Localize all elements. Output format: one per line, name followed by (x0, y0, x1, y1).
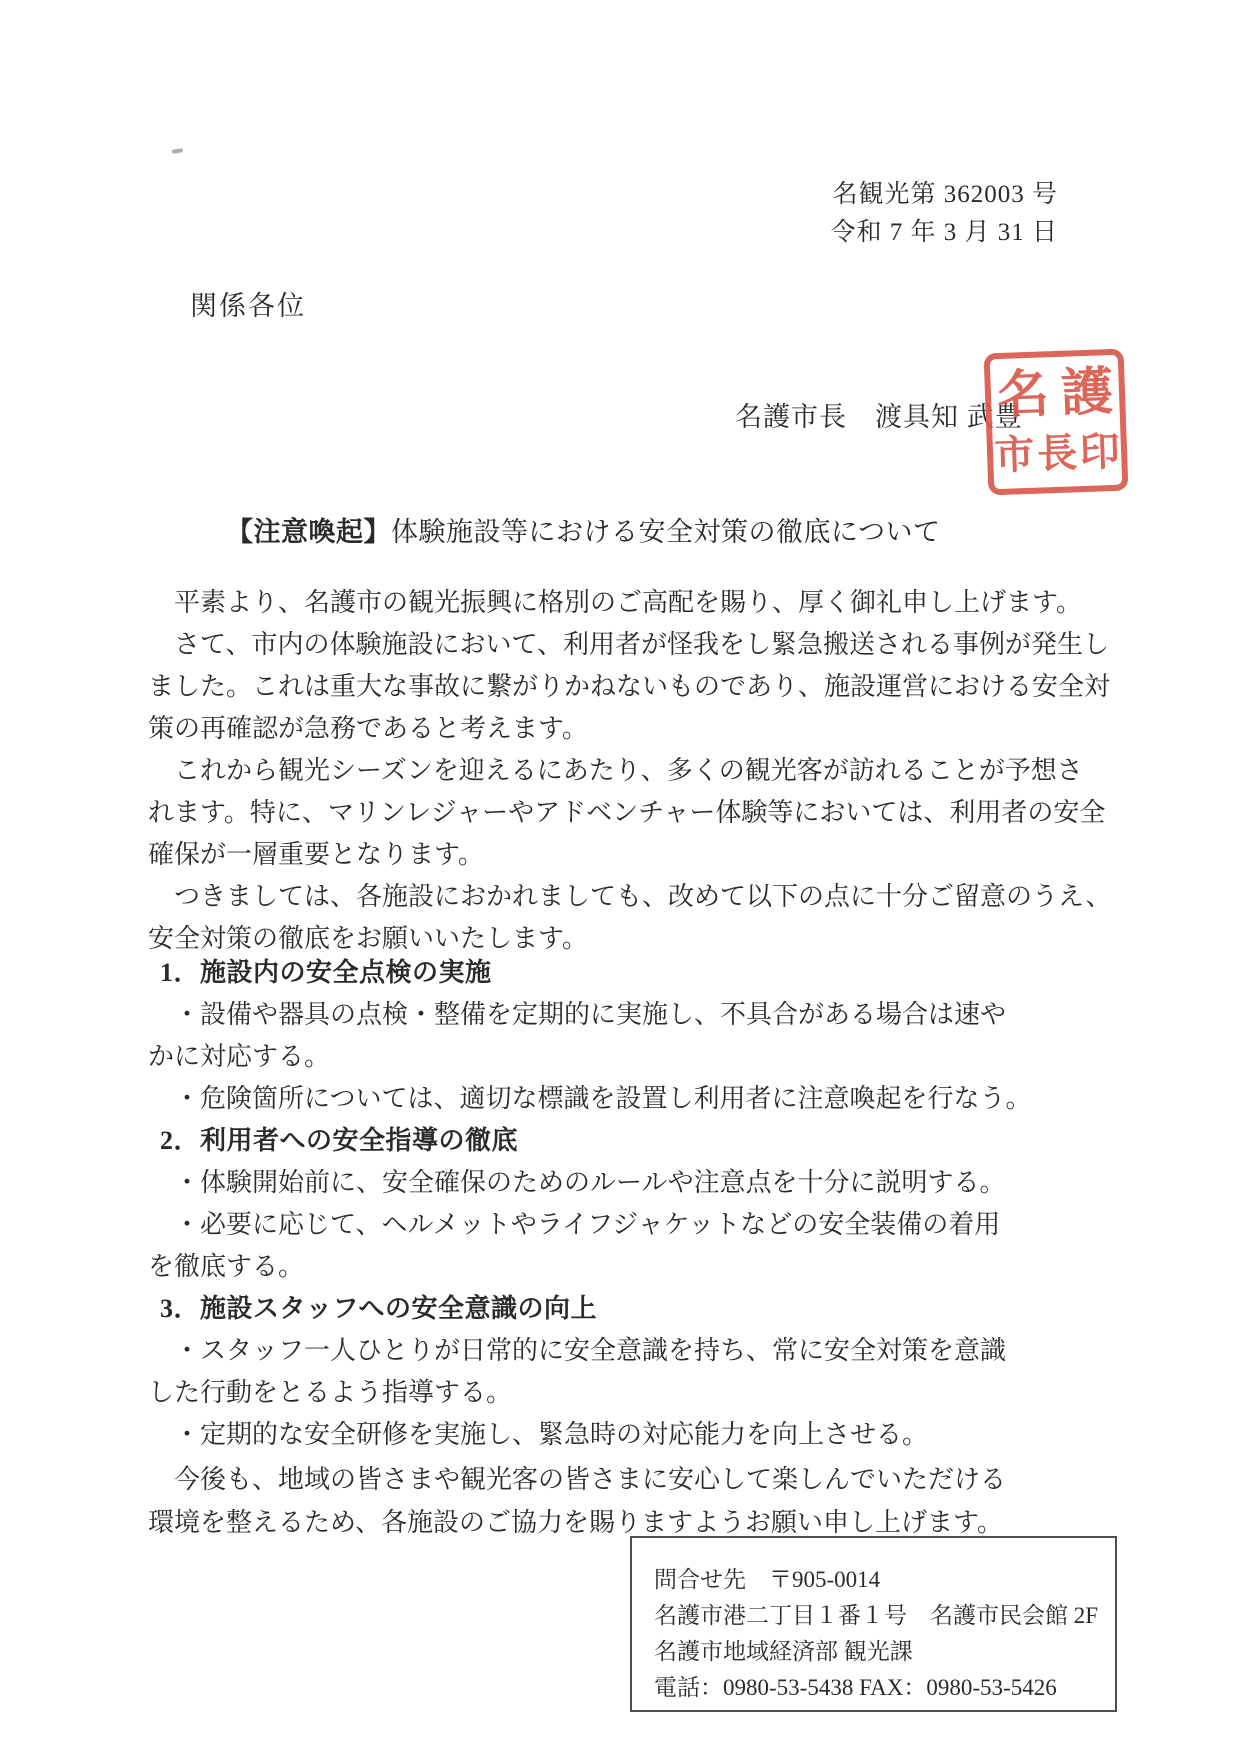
seal-char: 市 (994, 433, 1036, 478)
title-text: 体験施設等における安全対策の徹底について (391, 517, 940, 547)
seal-row-bottom: 市 長 印 (992, 430, 1121, 478)
section-2-heading: 2．利用者への安全指導の徹底 (160, 1120, 1118, 1162)
contact-info-box: 問合せ先 〒905-0014 名護市港二丁目１番１号 名護市民会館 2F 名護市… (630, 1536, 1117, 1712)
body-line: ました。これは重大な事故に繋がりかねないものであり、施設運営における安全対 (148, 666, 1118, 708)
section-1-heading: 1．施設内の安全点検の実施 (160, 952, 1118, 994)
body-line: 平素より、名護市の観光振興に格別のご高配を賜り、厚く御礼申し上げます。 (148, 582, 1118, 624)
section-1-line: ・設備や器具の点検・整備を定期的に実施し、不具合がある場合は速や (148, 994, 1118, 1036)
scan-artifact (172, 148, 183, 153)
document-page: 名観光第 362003 号 令和 7 年 3 月 31 日 関係各位 名護市長 … (0, 0, 1240, 1754)
contact-line: 名護市港二丁目１番１号 名護市民会館 2F (654, 1598, 1115, 1634)
section-1-line: ・危険箇所については、適切な標識を設置し利用者に注意喚起を行なう。 (148, 1078, 1118, 1120)
body-paragraphs: 平素より、名護市の観光振興に格別のご高配を賜り、厚く御礼申し上げます。 さて、市… (148, 582, 1118, 960)
sender-name: 名護市長 渡具知 武豊 (735, 395, 1023, 434)
addressee: 関係各位 (190, 284, 306, 323)
document-title: 【注意喚起】体験施設等における安全対策の徹底について (226, 510, 940, 549)
seal-row-top: 名 護 (990, 365, 1120, 423)
doc-date: 令和 7 年 3 月 31 日 (830, 214, 1058, 252)
numbered-sections: 1．施設内の安全点検の実施 ・設備や器具の点検・整備を定期的に実施し、不具合があ… (148, 952, 1118, 1456)
body-line: さて、市内の体験施設において、利用者が怪我をし緊急搬送される事例が発生し (148, 624, 1118, 666)
closing-line: 今後も、地域の皆さまや観光客の皆さまに安心して楽しんでいただける (148, 1458, 1118, 1501)
body-line: これから観光シーズンを迎えるにあたり、多くの観光客が訪れることが予想さ (148, 750, 1118, 792)
section-2-line: を徹底する。 (148, 1246, 1118, 1288)
contact-line: 電話：0980-53-5438 FAX：0980-53-5426 (654, 1670, 1115, 1706)
title-emphasis: 【注意喚起】 (226, 517, 391, 547)
section-2-line: ・体験開始前に、安全確保のためのルールや注意点を十分に説明する。 (148, 1162, 1118, 1204)
seal-char: 長 (1036, 432, 1078, 477)
body-line: 策の再確認が急務であると考えます。 (148, 708, 1118, 750)
doc-number: 名観光第 362003 号 (830, 176, 1058, 214)
section-3-heading: 3．施設スタッフへの安全意識の向上 (160, 1288, 1118, 1330)
section-2-line: ・必要に応じて、ヘルメットやライフジャケットなどの安全装備の着用 (148, 1204, 1118, 1246)
seal-char: 印 (1079, 430, 1121, 475)
body-line: れます。特に、マリンレジャーやアドベンチャー体験等においては、利用者の安全 (148, 792, 1118, 834)
reference-block: 名観光第 362003 号 令和 7 年 3 月 31 日 (830, 176, 1058, 252)
section-1-line: かに対応する。 (148, 1036, 1118, 1078)
contact-line: 問合せ先 〒905-0014 (654, 1562, 1115, 1598)
seal-char: 名 (996, 368, 1050, 424)
section-3-line: した行動をとるよう指導する。 (148, 1372, 1118, 1414)
closing-paragraph: 今後も、地域の皆さまや観光客の皆さまに安心して楽しんでいただける 環境を整えるた… (148, 1458, 1118, 1544)
contact-line: 名護市地域経済部 観光課 (654, 1634, 1115, 1670)
body-line: 確保が一層重要となります。 (148, 834, 1118, 876)
seal-char: 護 (1060, 366, 1114, 422)
mayor-seal-stamp: 名 護 市 長 印 (984, 349, 1129, 496)
body-line: つきましては、各施設におかれましても、改めて以下の点に十分ご留意のうえ、 (148, 876, 1118, 918)
section-3-line: ・定期的な安全研修を実施し、緊急時の対応能力を向上させる。 (148, 1414, 1118, 1456)
section-3-line: ・スタッフ一人ひとりが日常的に安全意識を持ち、常に安全対策を意識 (148, 1330, 1118, 1372)
